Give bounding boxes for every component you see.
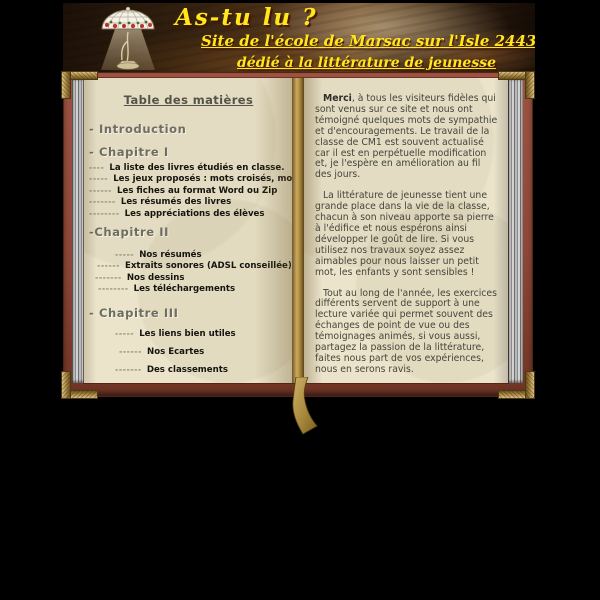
dash-prefix: ------- bbox=[89, 197, 116, 206]
welcome-paragraph-2: La littérature de jeunesse tient une gra… bbox=[315, 191, 499, 278]
dash-prefix: ----- bbox=[115, 250, 134, 259]
gold-corner-ornament bbox=[498, 371, 535, 399]
welcome-text: Merci, à tous les visiteurs fidèles qui … bbox=[304, 78, 508, 383]
toc-link-label: Nos Ecartes bbox=[147, 347, 204, 357]
toc-link-resumes-livres[interactable]: ------- Les résumés des livres bbox=[89, 195, 288, 206]
toc-link-nos-dessins[interactable]: ------- Nos dessins bbox=[95, 271, 288, 282]
toc-link-label: Les fiches au format Word ou Zip bbox=[117, 186, 277, 196]
toc-link-ecartes[interactable]: ------ Nos Ecartes bbox=[119, 345, 288, 356]
open-book: Table des matières - Introduction - Chap… bbox=[63, 72, 533, 397]
gold-corner-ornament bbox=[61, 71, 98, 99]
toc-link-label: Extraits sonores (ADSL conseillée) bbox=[125, 261, 292, 271]
toc-link-nos-resumes[interactable]: ----- Nos résumés bbox=[115, 248, 288, 259]
table-of-contents: Table des matières - Introduction - Chap… bbox=[84, 78, 292, 383]
toc-link-label: Nos résumés bbox=[139, 250, 201, 260]
toc-link-label: Des classements bbox=[147, 365, 228, 375]
toc-link-label: Les jeux proposés : mots croisés, mots m… bbox=[113, 174, 292, 184]
site-title: As-tu lu ? bbox=[175, 4, 475, 31]
welcome-lead-word: Merci bbox=[323, 93, 352, 104]
bookmark-ribbon bbox=[291, 377, 319, 437]
page-stack-edge-right bbox=[508, 78, 523, 383]
dash-prefix: ------- bbox=[95, 273, 122, 282]
toc-link-label: La liste des livres étudiés en classe. bbox=[109, 163, 284, 173]
dash-prefix: ------ bbox=[89, 186, 112, 195]
welcome-paragraph-1-body: , à tous les visiteurs fidèles qui sont … bbox=[315, 93, 497, 180]
toc-heading-chapitre-1[interactable]: - Chapitre I bbox=[89, 145, 288, 159]
lamp-icon bbox=[91, 5, 165, 72]
welcome-paragraph-1: Merci, à tous les visiteurs fidèles qui … bbox=[315, 94, 499, 181]
toc-link-label: Les résumés des livres bbox=[121, 197, 231, 207]
site-banner: As-tu lu ? Site de l'école de Marsac sur… bbox=[63, 3, 535, 72]
toc-group-chapitre-2: ----- Nos résumés ------ Extraits sonore… bbox=[89, 248, 288, 294]
toc-link-livre-dor[interactable]: -------- Notre livre d'or bbox=[115, 382, 288, 383]
dash-prefix: ------- bbox=[115, 365, 142, 374]
toc-link-liens-utiles[interactable]: ----- Les liens bien utiles bbox=[115, 327, 288, 338]
site-subtitle-school: Site de l'école de Marsac sur l'Isle 244… bbox=[201, 32, 535, 50]
toc-link-appreciations[interactable]: -------- Les appréciations des élèves bbox=[89, 207, 288, 218]
dash-prefix: -------- bbox=[89, 209, 120, 218]
welcome-paragraph-3: Tout au long de l'année, les exercices d… bbox=[315, 289, 499, 376]
dash-prefix: ----- bbox=[89, 174, 108, 183]
page-background: As-tu lu ? Site de l'école de Marsac sur… bbox=[0, 0, 600, 600]
dash-prefix: ------ bbox=[119, 347, 142, 356]
site-subtitle-theme: dédié à la littérature de jeunesse bbox=[237, 55, 535, 71]
toc-group-chapitre-1: ---- La liste des livres étudiés en clas… bbox=[89, 161, 288, 218]
toc-heading-chapitre-3[interactable]: - Chapitre III bbox=[89, 306, 288, 320]
toc-group-chapitre-3: ----- Les liens bien utiles ------ Nos E… bbox=[89, 327, 288, 383]
toc-link-fiches[interactable]: ------ Les fiches au format Word ou Zip bbox=[89, 184, 288, 195]
toc-link-label: Les téléchargements bbox=[134, 284, 235, 294]
toc-title: Table des matières bbox=[89, 93, 288, 107]
dash-prefix: ---- bbox=[89, 163, 104, 172]
toc-link-jeux[interactable]: ----- Les jeux proposés : mots croisés, … bbox=[89, 172, 288, 183]
book-spine bbox=[292, 78, 304, 383]
toc-link-label: Les appréciations des élèves bbox=[125, 209, 265, 219]
toc-link-label: Nos dessins bbox=[127, 273, 185, 283]
gold-corner-ornament bbox=[61, 371, 98, 399]
toc-link-extraits-sonores[interactable]: ------ Extraits sonores (ADSL conseillée… bbox=[97, 259, 288, 270]
toc-link-label: Les liens bien utiles bbox=[139, 329, 235, 339]
left-page: Table des matières - Introduction - Chap… bbox=[84, 78, 292, 383]
toc-link-telechargements[interactable]: -------- Les téléchargements bbox=[98, 282, 288, 293]
dash-prefix: ------ bbox=[97, 261, 120, 270]
toc-link-liste-livres[interactable]: ---- La liste des livres étudiés en clas… bbox=[89, 161, 288, 172]
toc-heading-chapitre-2[interactable]: -Chapitre II bbox=[89, 225, 288, 239]
gold-corner-ornament bbox=[498, 71, 535, 99]
toc-link-classements[interactable]: ------- Des classements bbox=[115, 363, 288, 374]
dash-prefix: -------- bbox=[98, 284, 129, 293]
toc-link-introduction[interactable]: - Introduction bbox=[89, 122, 288, 136]
right-page: Merci, à tous les visiteurs fidèles qui … bbox=[304, 78, 508, 383]
dash-prefix: ----- bbox=[115, 329, 134, 338]
page-stack-edge-left bbox=[72, 78, 84, 383]
